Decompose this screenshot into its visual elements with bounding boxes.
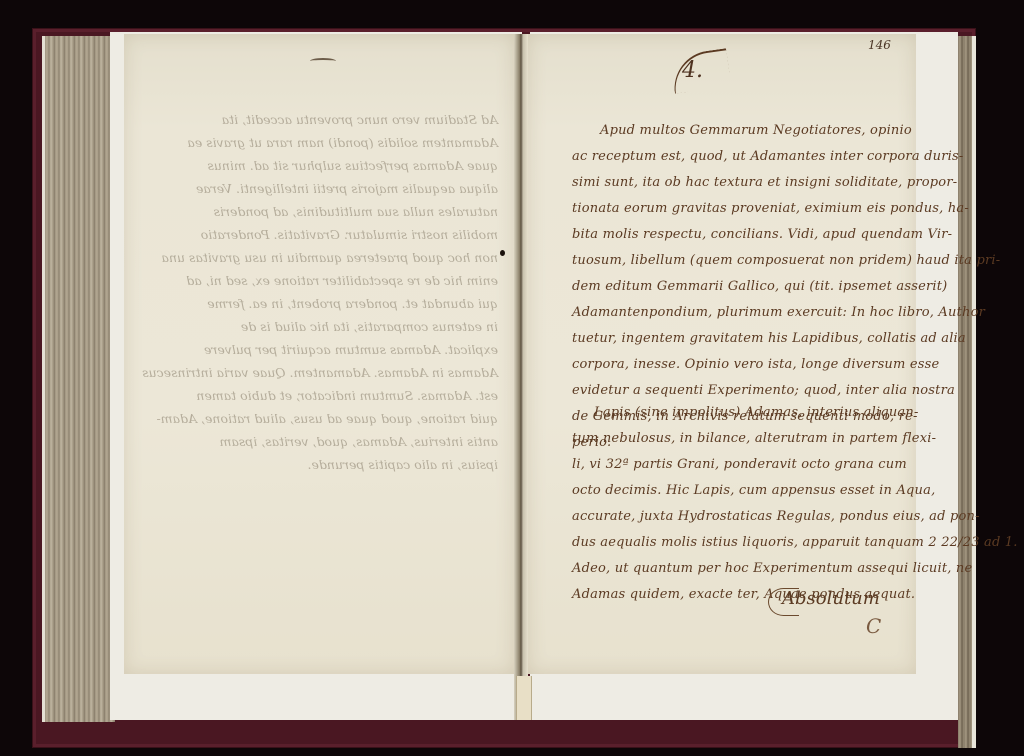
text-line: Lapis (sine impolitus) Adamas, interius … — [572, 400, 912, 426]
bleed-line: antis interius, Adamas, quod, veritas, i… — [138, 430, 498, 453]
text-line: Adeo, ut quantum per hoc Experimentum as… — [572, 556, 912, 582]
text-line: accurate, juxta Hydrostaticas Regulas, p… — [572, 504, 912, 530]
bleed-line: ipsius, in alio capitis perunde. — [138, 453, 498, 476]
bleed-line: quid ratione, quod quae ad usus, aliud r… — [138, 407, 498, 430]
bleed-line: in eatenus comparatis, ita hic aliud is … — [138, 315, 498, 338]
bleed-through-text: Ad Stadium vero nunc proventu accedit, i… — [138, 108, 498, 476]
text-line: ac receptum est, quod, ut Adamantes inte… — [572, 144, 912, 170]
section-number: 4. — [682, 58, 703, 83]
text-line: octo decimis. Hic Lapis, cum appensus es… — [572, 478, 912, 504]
page-stack-right-edge — [958, 36, 972, 748]
book-gutter — [514, 34, 528, 720]
text-line: corpora, inesse. Opinio vero ista, longe… — [572, 352, 912, 378]
text-line: tum nebulosus, in bilance, alterutram in… — [572, 426, 912, 452]
bleed-line: mobilis nostri simulatur. Gravitatis. Po… — [138, 223, 498, 246]
spine-tab — [516, 676, 532, 720]
bleed-line: enim hic de re spectabiliter ratione ex,… — [138, 269, 498, 292]
text-line: tionata eorum gravitas proveniat, eximiu… — [572, 196, 912, 222]
ink-spot — [500, 250, 505, 256]
text-line: Adamantenpondium, plurimum exercuit: In … — [572, 300, 912, 326]
bleed-line: explicat. Adamas sumtum acquirit per pul… — [138, 338, 498, 361]
signature-mark: C — [866, 614, 881, 638]
text-line: Apud multos Gemmarum Negotiatores, opini… — [572, 118, 912, 144]
bleed-line: qui abundat et. pondera probent, in ea. … — [138, 292, 498, 315]
text-line: tuetur, ingentem gravitatem his Lapidibu… — [572, 326, 912, 352]
folio-number: 146 — [868, 38, 891, 52]
bleed-line: Adamas in Adamas. Adamantem. Quae varia … — [138, 361, 498, 384]
bleed-line: non hoc quod praeterea quamdiu in usu gr… — [138, 246, 498, 269]
text-line: simi sunt, ita ob hac textura et insigni… — [572, 170, 912, 196]
bleed-line: aliqua aequalis majoris pretii intellige… — [138, 177, 498, 200]
bleed-line: Ad Stadium vero nunc proventu accedit, i… — [138, 108, 498, 131]
bleed-line: Adamantem solidis (pondi) nam rara ut gr… — [138, 131, 498, 154]
page-stack-right-white-edge — [972, 36, 976, 748]
top-ink-mark — [310, 58, 336, 64]
manuscript-paragraph-2: Lapis (sine impolitus) Adamas, interius … — [572, 400, 912, 608]
text-line: tuosum, libellum (quem composuerat non p… — [572, 248, 912, 274]
text-line: dem editum Gemmarii Gallico, qui (tit. i… — [572, 274, 912, 300]
signature: Absolutum — [782, 588, 880, 609]
text-line: li, vi 32ª partis Grani, ponderavit octo… — [572, 452, 912, 478]
bleed-line: quae Adamas perfectius sulphur sit ad. m… — [138, 154, 498, 177]
page-stack-left-edge — [42, 36, 115, 722]
bleed-line: naturales nulla sua multitudinis, ad pon… — [138, 200, 498, 223]
text-line: bita molis respectu, concilians. Vidi, a… — [572, 222, 912, 248]
text-line: dus aequalis molis istius liquoris, appa… — [572, 530, 912, 556]
bleed-line: est. Adamas. Sumtum indicator, et dubio … — [138, 384, 498, 407]
